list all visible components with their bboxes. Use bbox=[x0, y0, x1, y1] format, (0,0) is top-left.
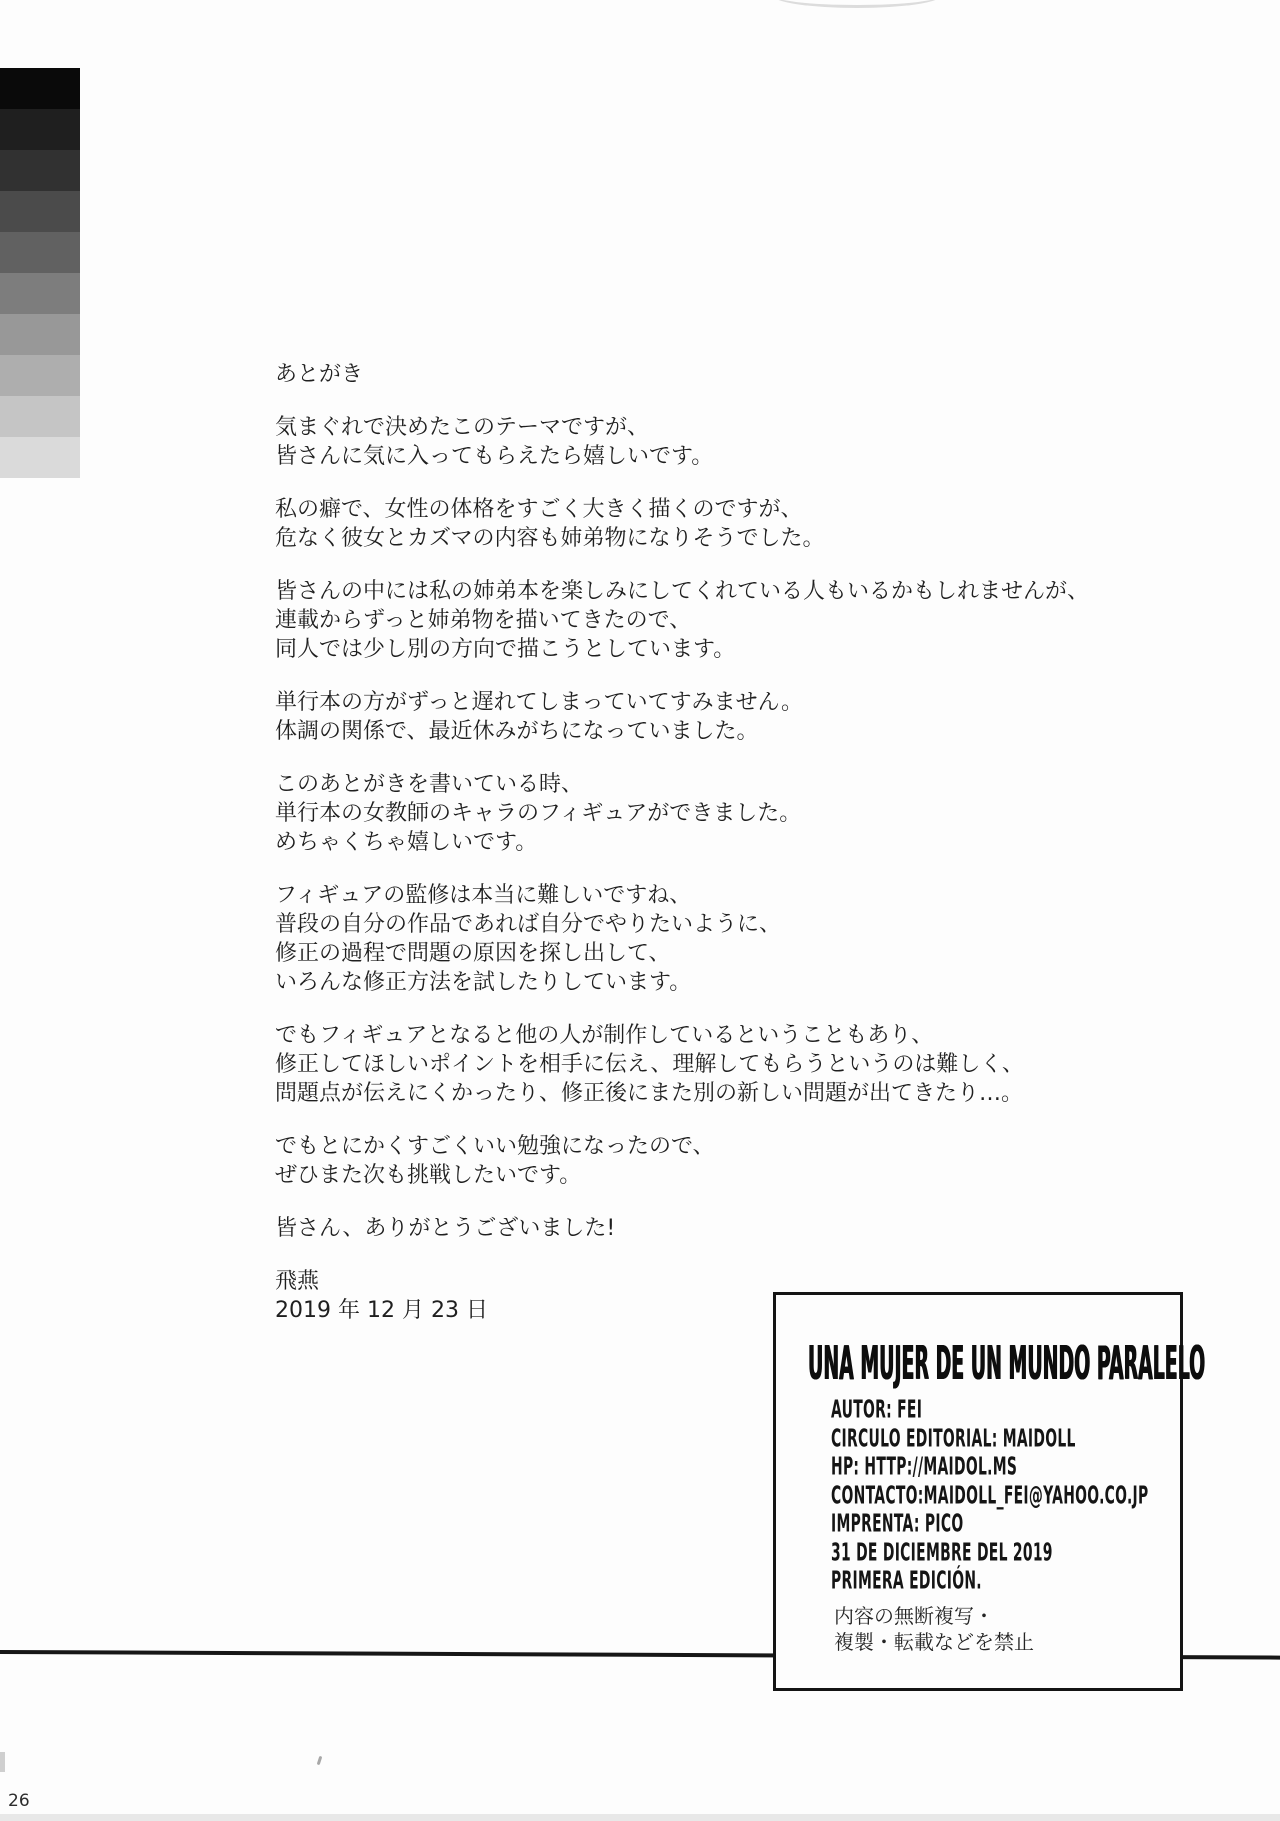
colophon-info-line: IMPRENTA: PICO bbox=[831, 1508, 1149, 1538]
afterword-heading-label: あとがき bbox=[275, 360, 1089, 389]
afterword-line: 普段の自分の作品であれば自分でやりたいように、 bbox=[275, 910, 1089, 939]
afterword-paragraph: 単行本の方がずっと遅れてしまっていてすみません。体調の関係で、最近休みがちになっ… bbox=[275, 688, 1089, 746]
afterword-line: 皆さんの中には私の姉弟本を楽しみにしてくれている人もいるかもしれませんが、 bbox=[275, 577, 1089, 606]
afterword-paragraph: 私の癖で、女性の体格をすごく大きく描くのですが、危なく彼女とカズマの内容も姉弟物… bbox=[275, 495, 1089, 553]
afterword-line: いろんな修正方法を試したりしています。 bbox=[275, 968, 1089, 997]
afterword-paragraph: でもとにかくすごくいい勉強になったので、ぜひまた次も挑戦したいです。 bbox=[275, 1132, 1089, 1190]
afterword-paragraph: 皆さんの中には私の姉弟本を楽しみにしてくれている人もいるかもしれませんが、連載か… bbox=[275, 577, 1089, 664]
colophon-info-line: CONTACTO:MAIDOLL_FEI@YAHOO.CO.JP bbox=[831, 1480, 1149, 1510]
afterword-paragraph: でもフィギュアとなると他の人が制作しているということもあり、修正してほしいポイン… bbox=[275, 1021, 1089, 1108]
grayscale-bar bbox=[0, 314, 80, 355]
colophon-box: UNA MUJER DE UN MUNDO PARALELO AUTOR: FE… bbox=[773, 1292, 1183, 1691]
afterword-line: 修正してほしいポイントを相手に伝え、理解してもらうというのは難しく、 bbox=[275, 1050, 1089, 1079]
afterword-line: 体調の関係で、最近休みがちになっていました。 bbox=[275, 717, 1089, 746]
afterword-paragraph: 皆さん、ありがとうございました! bbox=[275, 1214, 1089, 1243]
scan-edge-artifact-bottom bbox=[0, 1814, 1280, 1821]
grayscale-calibration-strip bbox=[0, 68, 80, 478]
afterword-paragraph: 気まぐれで決めたこのテーマですが、皆さんに気に入ってもらえたら嬉しいです。 bbox=[275, 413, 1089, 471]
afterword-heading: あとがき bbox=[275, 360, 1089, 389]
afterword-text-block: あとがき 気まぐれで決めたこのテーマですが、皆さんに気に入ってもらえたら嬉しいで… bbox=[275, 360, 1089, 1349]
scanned-afterword-page: あとがき 気まぐれで決めたこのテーマですが、皆さんに気に入ってもらえたら嬉しいで… bbox=[0, 0, 1280, 1821]
colophon-info-line: PRIMERA EDICIÓN. bbox=[831, 1565, 1149, 1595]
grayscale-bar bbox=[0, 191, 80, 232]
afterword-line: 私の癖で、女性の体格をすごく大きく描くのですが、 bbox=[275, 495, 1089, 524]
afterword-paragraph: このあとがきを書いている時、単行本の女教師のキャラのフィギュアができました。めち… bbox=[275, 770, 1089, 857]
scan-edge-artifact-top bbox=[772, 0, 942, 8]
afterword-line: 単行本の方がずっと遅れてしまっていてすみません。 bbox=[275, 688, 1089, 717]
grayscale-bar bbox=[0, 109, 80, 150]
afterword-line: 皆さんに気に入ってもらえたら嬉しいです。 bbox=[275, 442, 1089, 471]
colophon-notice-line: 内容の無断複写・ bbox=[834, 1603, 1034, 1629]
afterword-paragraph: フィギュアの監修は本当に難しいですね、普段の自分の作品であれば自分でやりたいよう… bbox=[275, 881, 1089, 997]
afterword-line: でもとにかくすごくいい勉強になったので、 bbox=[275, 1132, 1089, 1161]
afterword-line: めちゃくちゃ嬉しいです。 bbox=[275, 828, 1089, 857]
afterword-line: 修正の過程で問題の原因を探し出して、 bbox=[275, 939, 1089, 968]
grayscale-bar bbox=[0, 232, 80, 273]
afterword-line: 皆さん、ありがとうございました! bbox=[275, 1214, 1089, 1243]
afterword-line: 問題点が伝えにくかったり、修正後にまた別の新しい問題が出てきたり…。 bbox=[275, 1079, 1089, 1108]
colophon-notice-line: 複製・転載などを禁止 bbox=[834, 1629, 1034, 1655]
colophon-copyright-notice: 内容の無断複写・複製・転載などを禁止 bbox=[834, 1603, 1034, 1655]
colophon-info-line: AUTOR: FEI bbox=[831, 1394, 1149, 1424]
afterword-line: 連載からずっと姉弟物を描いてきたので、 bbox=[275, 606, 1089, 635]
grayscale-bar bbox=[0, 396, 80, 437]
afterword-line: 同人では少し別の方向で描こうとしています。 bbox=[275, 635, 1089, 664]
colophon-info-line: HP: HTTP://MAIDOL.MS bbox=[831, 1451, 1149, 1481]
grayscale-bar bbox=[0, 355, 80, 396]
afterword-line: 危なく彼女とカズマの内容も姉弟物になりそうでした。 bbox=[275, 524, 1089, 553]
grayscale-bar bbox=[0, 150, 80, 191]
colophon-info-line: CIRCULO EDITORIAL: MAIDOLL bbox=[831, 1423, 1149, 1453]
scan-speck bbox=[317, 1756, 323, 1765]
grayscale-bar bbox=[0, 437, 80, 478]
afterword-line: 単行本の女教師のキャラのフィギュアができました。 bbox=[275, 799, 1089, 828]
colophon-info-list: AUTOR: FEICIRCULO EDITORIAL: MAIDOLLHP: … bbox=[831, 1395, 1280, 1595]
scan-edge-artifact-left bbox=[0, 1752, 5, 1772]
afterword-line: フィギュアの監修は本当に難しいですね、 bbox=[275, 881, 1089, 910]
colophon-info-line: 31 DE DICIEMBRE DEL 2019 bbox=[831, 1537, 1149, 1567]
afterword-line: でもフィギュアとなると他の人が制作しているということもあり、 bbox=[275, 1021, 1089, 1050]
page-number: 26 bbox=[8, 1791, 30, 1811]
afterword-line: 気まぐれで決めたこのテーマですが、 bbox=[275, 413, 1089, 442]
afterword-line: ぜひまた次も挑戦したいです。 bbox=[275, 1161, 1089, 1190]
afterword-line: このあとがきを書いている時、 bbox=[275, 770, 1089, 799]
grayscale-bar bbox=[0, 273, 80, 314]
colophon-title: UNA MUJER DE UN MUNDO PARALELO bbox=[808, 1337, 1205, 1391]
grayscale-bar bbox=[0, 68, 80, 109]
